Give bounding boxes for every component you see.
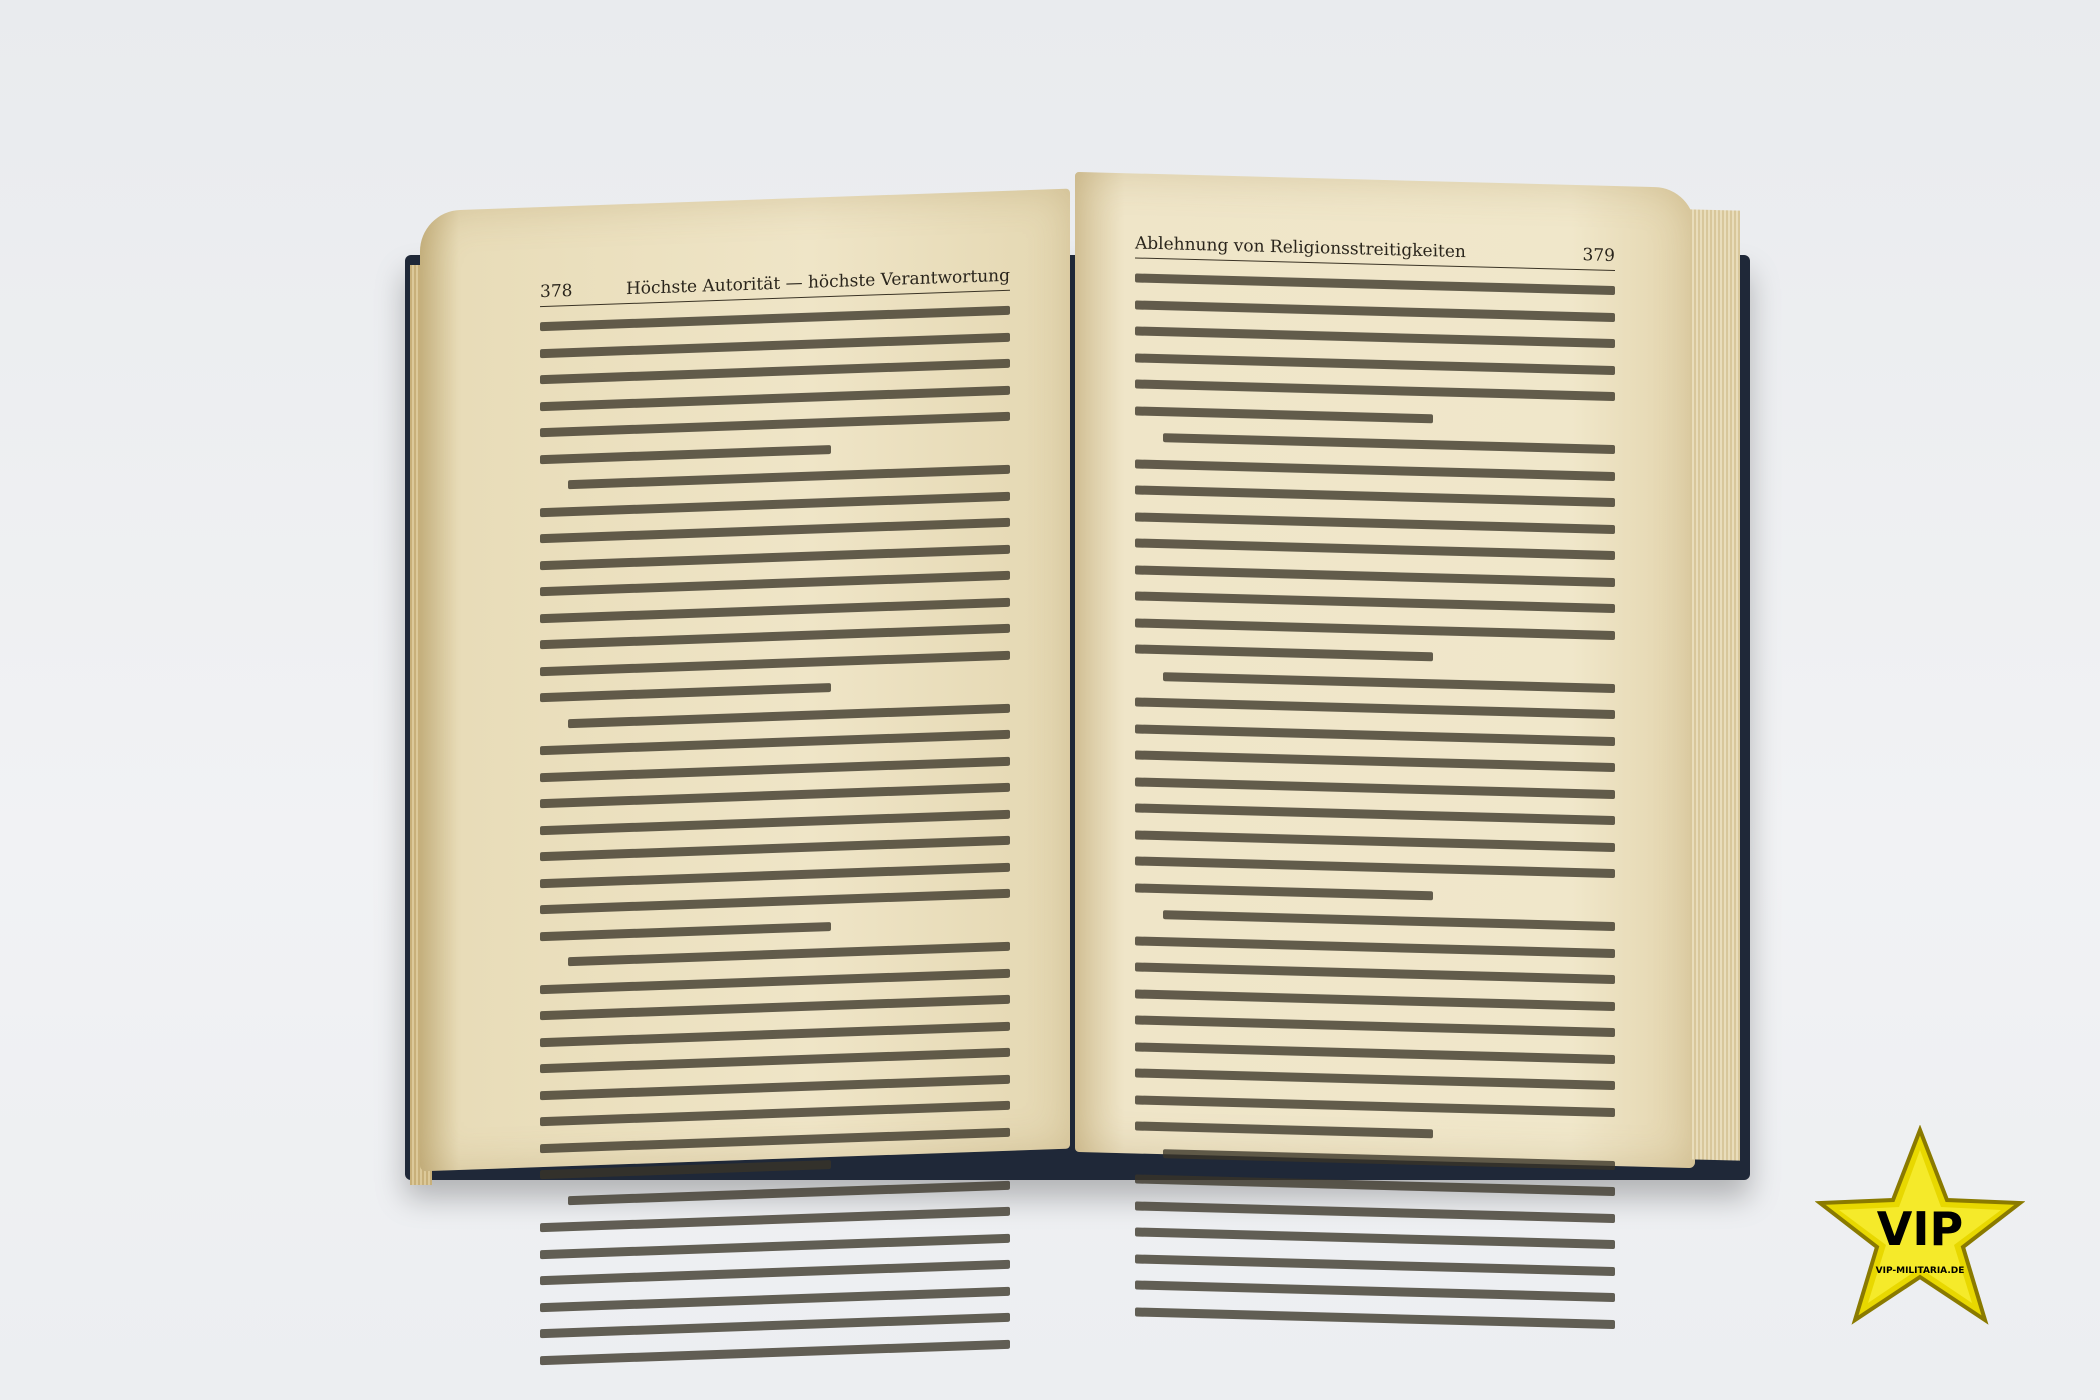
text-line [1135, 724, 1615, 746]
text-line [540, 571, 1010, 596]
text-line [1135, 856, 1615, 878]
text-line [540, 1048, 1010, 1073]
text-line [1135, 936, 1615, 958]
text-line [1135, 1280, 1615, 1302]
text-line [540, 1260, 1010, 1285]
left-page: 378 Höchste Autorität — höchste Verantwo… [420, 189, 1070, 1172]
text-line [1163, 910, 1615, 931]
text-line [540, 1339, 1010, 1364]
text-line [540, 332, 1010, 357]
text-line [540, 1207, 1010, 1232]
text-line [1135, 1174, 1615, 1196]
text-line [1135, 326, 1615, 348]
text-line [1135, 459, 1615, 481]
text-line [540, 1286, 1010, 1311]
text-line [1135, 565, 1615, 587]
text-line [1135, 379, 1615, 401]
text-line [540, 1074, 1010, 1099]
text-line [540, 995, 1010, 1020]
text-line [540, 650, 1010, 675]
text-line [1135, 512, 1615, 534]
right-running-head: Ablehnung von Religionsstreitigkeiten 37… [1135, 233, 1615, 271]
text-line [540, 783, 1010, 808]
text-line [1135, 989, 1615, 1011]
left-header-title: Höchste Autorität — höchste Verantwortun… [626, 266, 1010, 299]
text-line [1135, 1068, 1615, 1090]
text-line [540, 968, 1010, 993]
right-body-text [1135, 273, 1615, 1346]
text-line [1135, 591, 1615, 613]
text-line [540, 624, 1010, 649]
text-line [540, 518, 1010, 543]
text-line [1163, 433, 1615, 454]
text-line [540, 809, 1010, 834]
text-line [540, 597, 1010, 622]
text-line [1135, 300, 1615, 322]
text-line [1135, 697, 1615, 719]
text-line [540, 1313, 1010, 1338]
vip-star-logo-icon: VIP VIP-MILITARIA.DE [1815, 1125, 2025, 1325]
text-line [1135, 777, 1615, 799]
text-line [1135, 406, 1433, 423]
text-line [1135, 273, 1615, 295]
text-line [568, 703, 1010, 727]
right-page: Ablehnung von Religionsstreitigkeiten 37… [1075, 172, 1695, 1168]
text-line [1135, 1201, 1615, 1223]
text-line [1135, 485, 1615, 507]
text-line [1135, 644, 1433, 661]
text-line [1135, 1095, 1615, 1117]
text-line [540, 412, 1010, 437]
text-line [540, 544, 1010, 569]
text-line [540, 491, 1010, 516]
right-header-title: Ablehnung von Religionsstreitigkeiten [1135, 233, 1466, 262]
text-line [540, 862, 1010, 887]
text-line [1135, 618, 1615, 640]
text-line [1135, 1307, 1615, 1329]
text-line [1163, 672, 1615, 693]
text-line [540, 1160, 831, 1179]
text-line [568, 942, 1010, 966]
text-line [1135, 353, 1615, 375]
text-line [1135, 1121, 1433, 1138]
left-running-head: 378 Höchste Autorität — höchste Verantwo… [540, 266, 1010, 307]
text-line [540, 306, 1010, 331]
text-line [1135, 1015, 1615, 1037]
text-line [568, 465, 1010, 489]
text-line [540, 1127, 1010, 1152]
left-page-number: 378 [540, 281, 572, 302]
text-line [540, 359, 1010, 384]
text-line [540, 444, 831, 463]
text-line [540, 756, 1010, 781]
text-line [540, 730, 1010, 755]
text-line [1135, 1042, 1615, 1064]
logo-text: VIP [1877, 1202, 1963, 1256]
right-page-edges [1690, 209, 1740, 1160]
text-line [540, 921, 831, 940]
text-line [540, 1233, 1010, 1258]
text-line [1135, 538, 1615, 560]
text-line [1135, 803, 1615, 825]
logo-subtext: VIP-MILITARIA.DE [1876, 1266, 1965, 1276]
text-line [540, 889, 1010, 914]
text-line [540, 836, 1010, 861]
text-line [1135, 1254, 1615, 1276]
text-line [1135, 883, 1433, 900]
text-line [1163, 1149, 1615, 1170]
text-line [1135, 962, 1615, 984]
left-body-text [540, 306, 1010, 1382]
text-line [540, 385, 1010, 410]
text-line [568, 1180, 1010, 1204]
text-line [1135, 750, 1615, 772]
text-line [540, 1101, 1010, 1126]
text-line [1135, 830, 1615, 852]
right-page-number: 379 [1583, 245, 1615, 266]
text-line [540, 683, 831, 702]
text-line [1135, 1227, 1615, 1249]
text-line [540, 1021, 1010, 1046]
